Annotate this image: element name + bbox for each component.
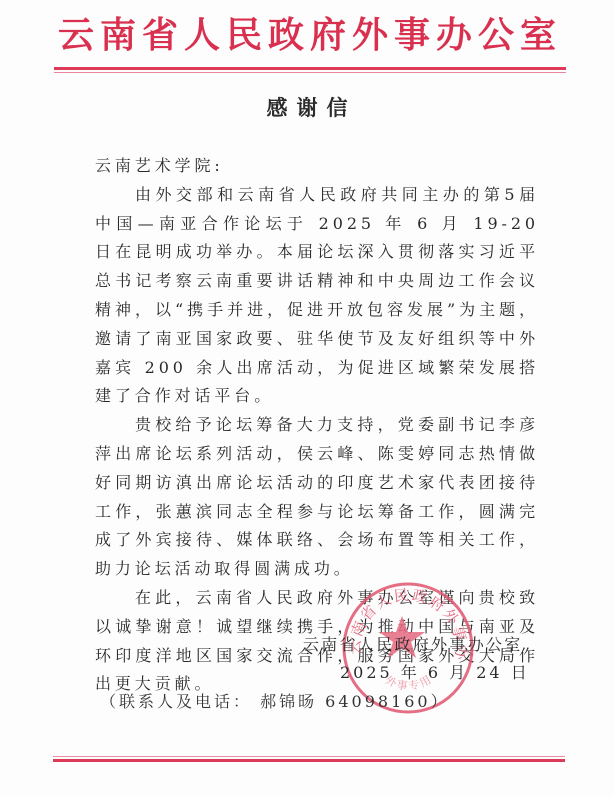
signature-organization: 云南省人民政府外事办公室	[303, 633, 513, 657]
signature-date: 2025 年 6 月 24 日	[340, 661, 530, 685]
paragraph-school-support: 贵校给予论坛筹备大力支持，党委副书记李彦萍出席论坛系列活动，侯云峰、陈雯婷同志热…	[95, 411, 539, 584]
paragraph-forum-summary: 由外交部和云南省人民政府共同主办的第5届中国—南亚合作论坛于 2025 年 6 …	[95, 181, 539, 411]
letterhead-organization: 云南省人民政府外事办公室	[0, 12, 614, 58]
letterhead-rule-thin	[54, 72, 566, 73]
contact-info: （联系人及电话： 郝锦旸 64098160）	[100, 690, 450, 714]
salutation: 云南艺术学院:	[95, 152, 539, 181]
letter-title: 感谢信	[0, 92, 614, 122]
footer-rule-thick	[53, 759, 565, 762]
letterhead-rule-thick	[54, 67, 566, 70]
footer-rule-thin	[53, 756, 565, 757]
